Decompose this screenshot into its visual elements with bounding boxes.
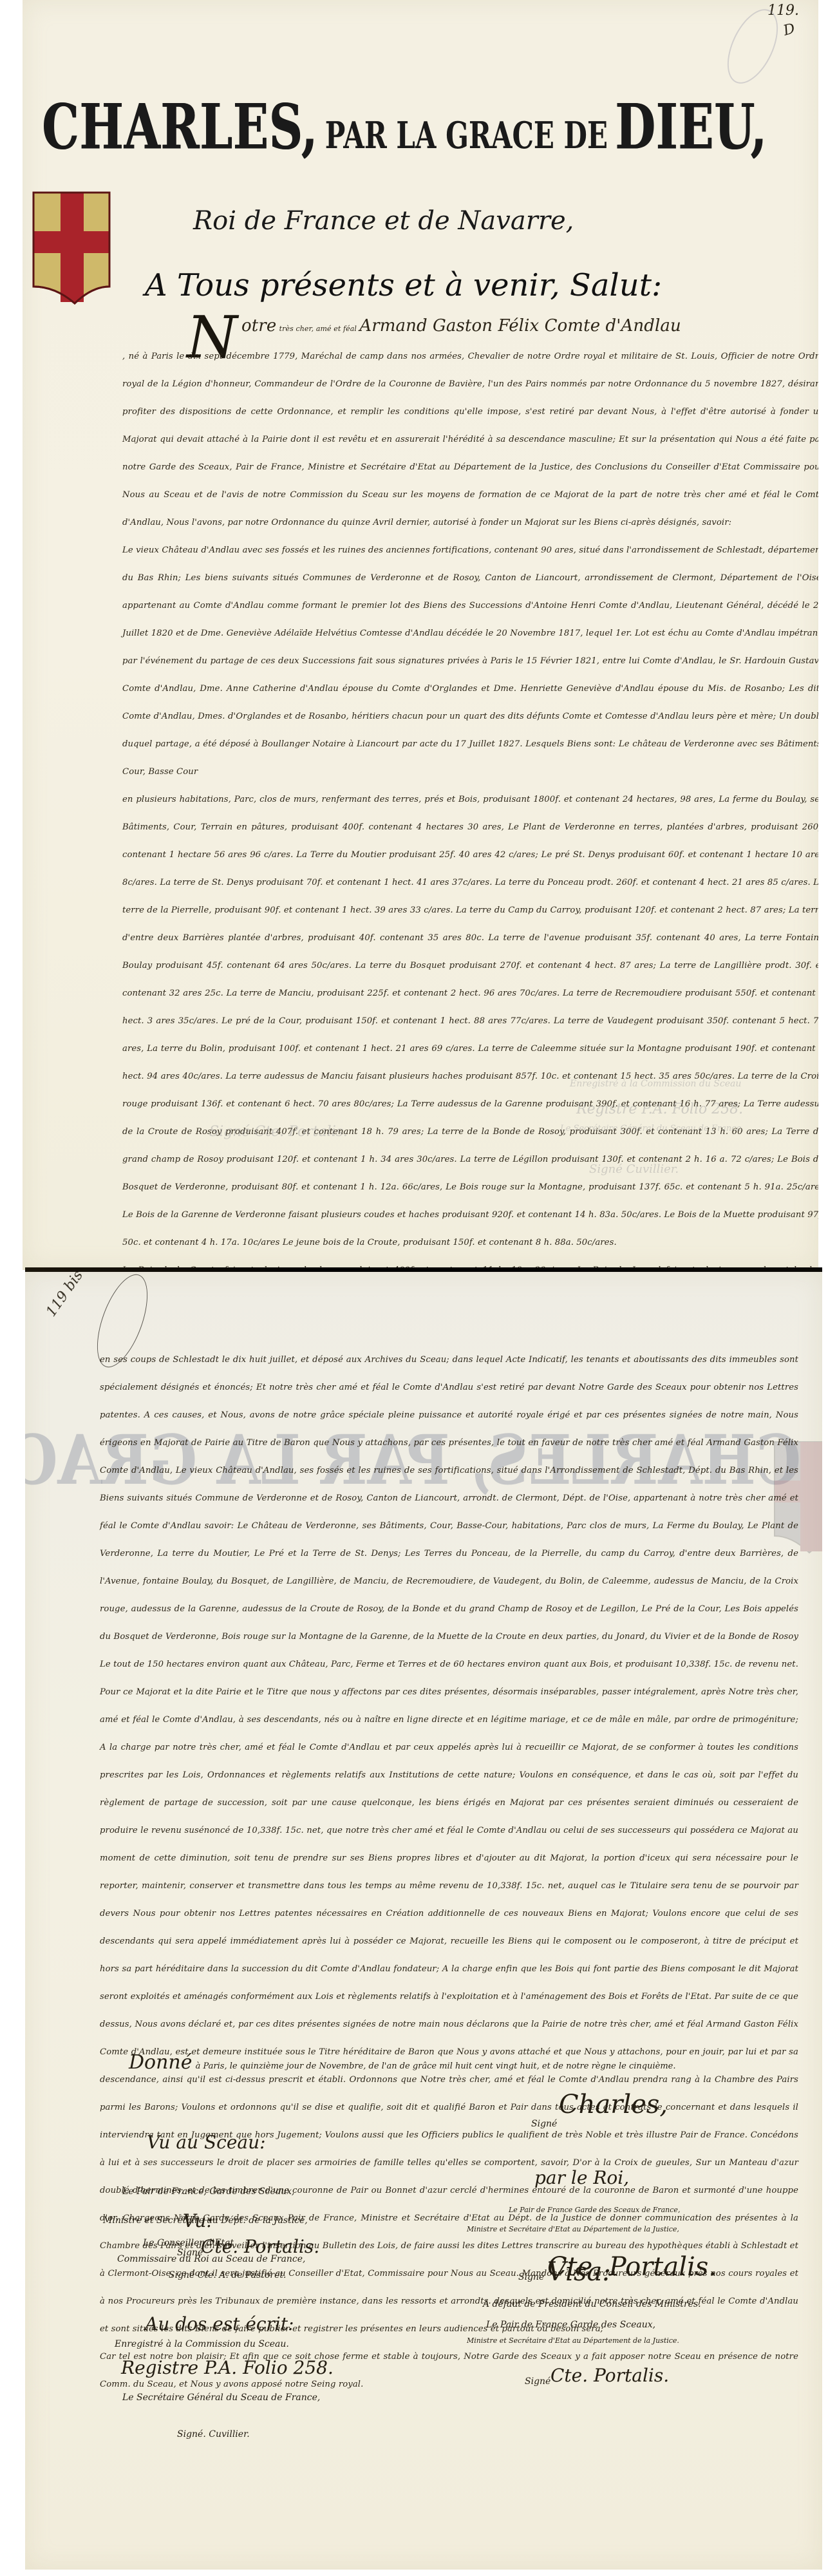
king-title-2: Ministre et Secrétaire d'Etat au Départe… [467, 2225, 679, 2233]
bleed-signe-cuvillier: Signé Cuvillier. [589, 1162, 679, 1176]
visa-line3: Ministre et Secrétaire d'Etat au Départe… [467, 2336, 679, 2345]
coat-of-arms-icon [31, 190, 112, 306]
bleed-secretaire: Le Secrétaire Général du Sceau de France… [560, 1124, 744, 1133]
title-charles: CHARLES, [42, 91, 318, 164]
document-page-1: 119. D CHARLES, PAR LA GRACE DE DIEU, Ro… [23, 0, 818, 1270]
vu-line1: Le Conseiller d'Etat [143, 2238, 234, 2248]
au-dos-heading: Au dos est écrit: [145, 2313, 294, 2334]
vu-au-sceau-line1: Le Pair de France, Garde des Sceaux, [122, 2186, 295, 2197]
bleed-enregistre: Enregistré à la Commission du Sceau [570, 1079, 741, 1089]
title-par-la-grace: PAR LA GRACE DE [325, 114, 608, 156]
king-sign-prefix: Signé [531, 2119, 557, 2129]
visa-line1: A défaut de Président du Conseil des Min… [483, 2299, 701, 2309]
folio-bis: 119 bis [43, 1272, 86, 1320]
salutation: A Tous présents et à venir, Salut: [145, 267, 662, 303]
vu-au-sceau-heading: Vu au Sceau: [147, 2132, 266, 2153]
visa-signature: Cte. Portalis. [550, 2365, 669, 2386]
vu-heading-text: Vu: [183, 2210, 212, 2231]
visa-line2: Le Pair de France Garde des Sceaux, [486, 2320, 655, 2330]
opening-word: otre [241, 316, 276, 336]
title-dieu: DIEU, [615, 91, 767, 164]
au-dos-signature: Signé. Cuvillier. [177, 2429, 250, 2439]
king-signature: Charles, [559, 2090, 668, 2119]
au-dos-line1: Enregistré à la Commission du Sceau. [115, 2339, 289, 2349]
royal-subtitle: Roi de France et de Navarre, [193, 206, 574, 236]
bleed-registre: Registre P.A. Folio 258. [576, 1101, 743, 1117]
donne-text: à Paris, le quinzième jour de Novembre, … [196, 2061, 676, 2071]
paragraph: en plusieurs habitations, Parc, clos de … [122, 786, 818, 1256]
shield-cross-icon [31, 190, 112, 306]
folio-mark: D [782, 21, 797, 39]
bleed-signe-portalis: Signé Cte. Portalis. [209, 1124, 348, 1140]
opening-rest: très cher, amé et féal [279, 325, 357, 333]
royal-title: CHARLES, PAR LA GRACE DE DIEU, [42, 97, 818, 157]
given-at-paris: Donné à Paris, le quinzième jour de Nove… [129, 2051, 676, 2074]
visa-heading: Visa: [547, 2257, 611, 2287]
paragraph: , né à Paris le dix sept décembre 1779, … [122, 343, 818, 536]
countersign-prefix: Signé [518, 2272, 544, 2282]
visa-sign-prefix: Signé [525, 2376, 550, 2387]
paragraph: Le vieux Château d'Andlau avec ses fossé… [122, 536, 818, 786]
king-title: Le Pair de France Garde des Sceaux de Fr… [509, 2206, 680, 2214]
vu-line2: Commissaire du Roi au Sceau de France, [117, 2254, 306, 2264]
vu-signature: Signé Cte. A. de Pastoret. [169, 2270, 286, 2280]
au-dos-registre: Registre P.A. Folio 258. [121, 2357, 334, 2378]
grantee-name: Armand Gaston Félix Comte d'Andlau [359, 316, 681, 336]
par-le-roi: par le Roi, [534, 2167, 629, 2188]
au-dos-line3: Le Secrétaire Général du Sceau de France… [122, 2392, 320, 2403]
donne-lead: Donné [129, 2051, 193, 2074]
